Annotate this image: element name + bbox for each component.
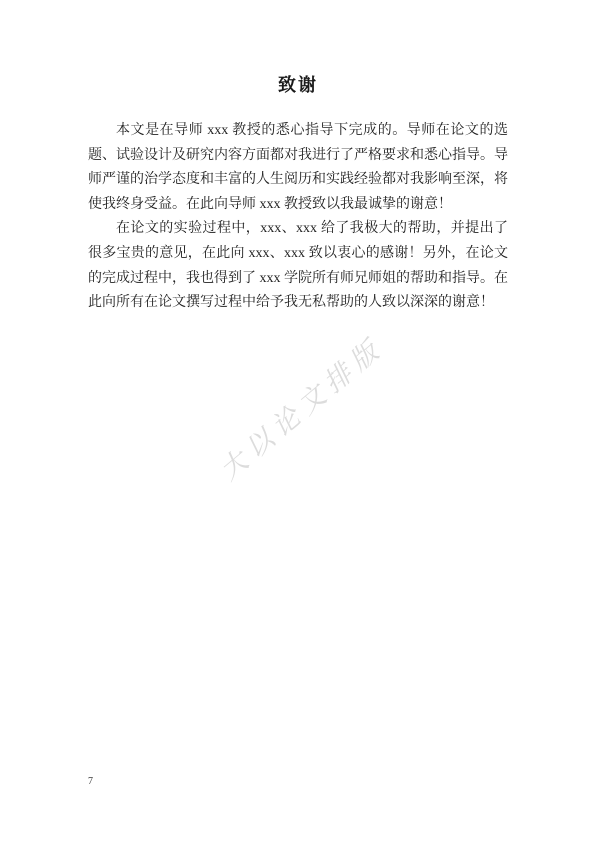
page-title: 致谢	[88, 72, 508, 98]
acknowledgement-paragraph-2: 在论文的实验过程中，xxx、xxx 给了我极大的帮助，并提出了很多宝贵的意见，在…	[88, 217, 508, 315]
page-content: 致谢 本文是在导师 xxx 教授的悉心指导下完成的。导师在论文的选题、试验设计及…	[88, 72, 508, 316]
acknowledgement-paragraph-1: 本文是在导师 xxx 教授的悉心指导下完成的。导师在论文的选题、试验设计及研究内…	[88, 119, 508, 217]
document-page: 大以论文排版 致谢 本文是在导师 xxx 教授的悉心指导下完成的。导师在论文的选…	[0, 0, 595, 842]
page-number: 7	[88, 776, 93, 787]
diagonal-watermark: 大以论文排版	[209, 326, 390, 487]
